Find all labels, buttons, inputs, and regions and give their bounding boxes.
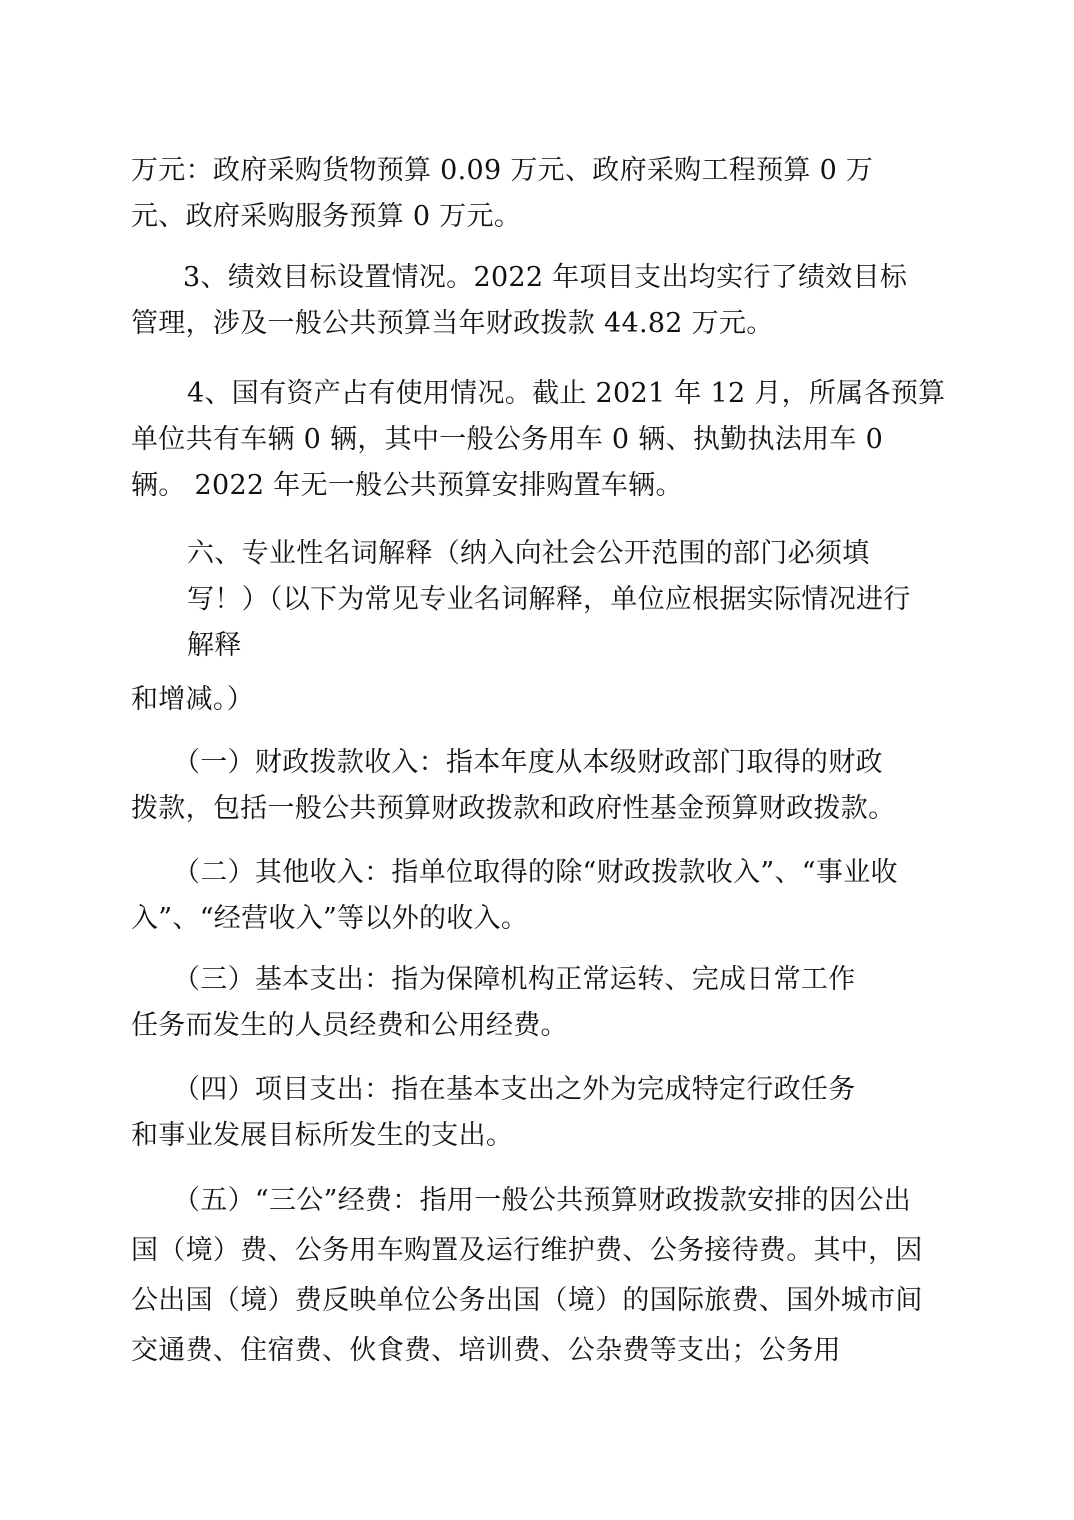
text-line: （四）项目支出：指在基本支出之外为完成特定行政任务 xyxy=(173,1072,856,1108)
text-line: 和增减。） xyxy=(131,682,254,718)
text-line: 元、政府采购服务预算 0 万元。 xyxy=(131,199,521,235)
text-line: （二）其他收入：指单位取得的除“财政拨款收入”、“事业收 xyxy=(173,855,898,891)
text-line: 单位共有车辆 0 辆，其中一般公务用车 0 辆、执勤执法用车 0 xyxy=(131,422,883,458)
text-line: 写！）（以下为常见专业名词解释，单位应根据实际情况进行 xyxy=(187,582,911,618)
text-line: 和事业发展目标所发生的支出。 xyxy=(131,1118,513,1154)
text-line: 管理，涉及一般公共预算当年财政拨款 44.82 万元。 xyxy=(131,306,774,342)
text-line: 国（境）费、公务用车购置及运行维护费、公务接待费。其中，因 xyxy=(131,1233,923,1269)
text-line: （五）“三公”经费：指用一般公共预算财政拨款安排的因公出 xyxy=(173,1183,911,1219)
text-line: 任务而发生的人员经费和公用经费。 xyxy=(131,1008,568,1044)
text-line: 拨款，包括一般公共预算财政拨款和政府性基金预算财政拨款。 xyxy=(131,791,895,827)
text-line: 3、绩效目标设置情况。2022 年项目支出均实行了绩效目标 xyxy=(183,260,907,296)
text-line: （一）财政拨款收入：指本年度从本级财政部门取得的财政 xyxy=(173,745,883,781)
text-line: 解释 xyxy=(187,628,242,664)
text-line: 入”、“经营收入”等以外的收入。 xyxy=(131,901,528,937)
text-line: （三）基本支出：指为保障机构正常运转、完成日常工作 xyxy=(173,962,856,998)
text-line: 4、国有资产占有使用情况。截止 2021 年 12 月，所属各预算 xyxy=(187,376,945,412)
text-line: 公出国（境）费反映单位公务出国（境）的国际旅费、国外城市间 xyxy=(131,1283,923,1319)
text-line: 六、专业性名词解释（纳入向社会公开范围的部门必须填 xyxy=(187,536,870,572)
text-line: 万元：政府采购货物预算 0.09 万元、政府采购工程预算 0 万 xyxy=(131,153,873,189)
text-line: 交通费、住宿费、伙食费、培训费、公杂费等支出；公务用 xyxy=(131,1333,841,1369)
text-line: 辆。 2022 年无一般公共预算安排购置车辆。 xyxy=(131,468,683,504)
